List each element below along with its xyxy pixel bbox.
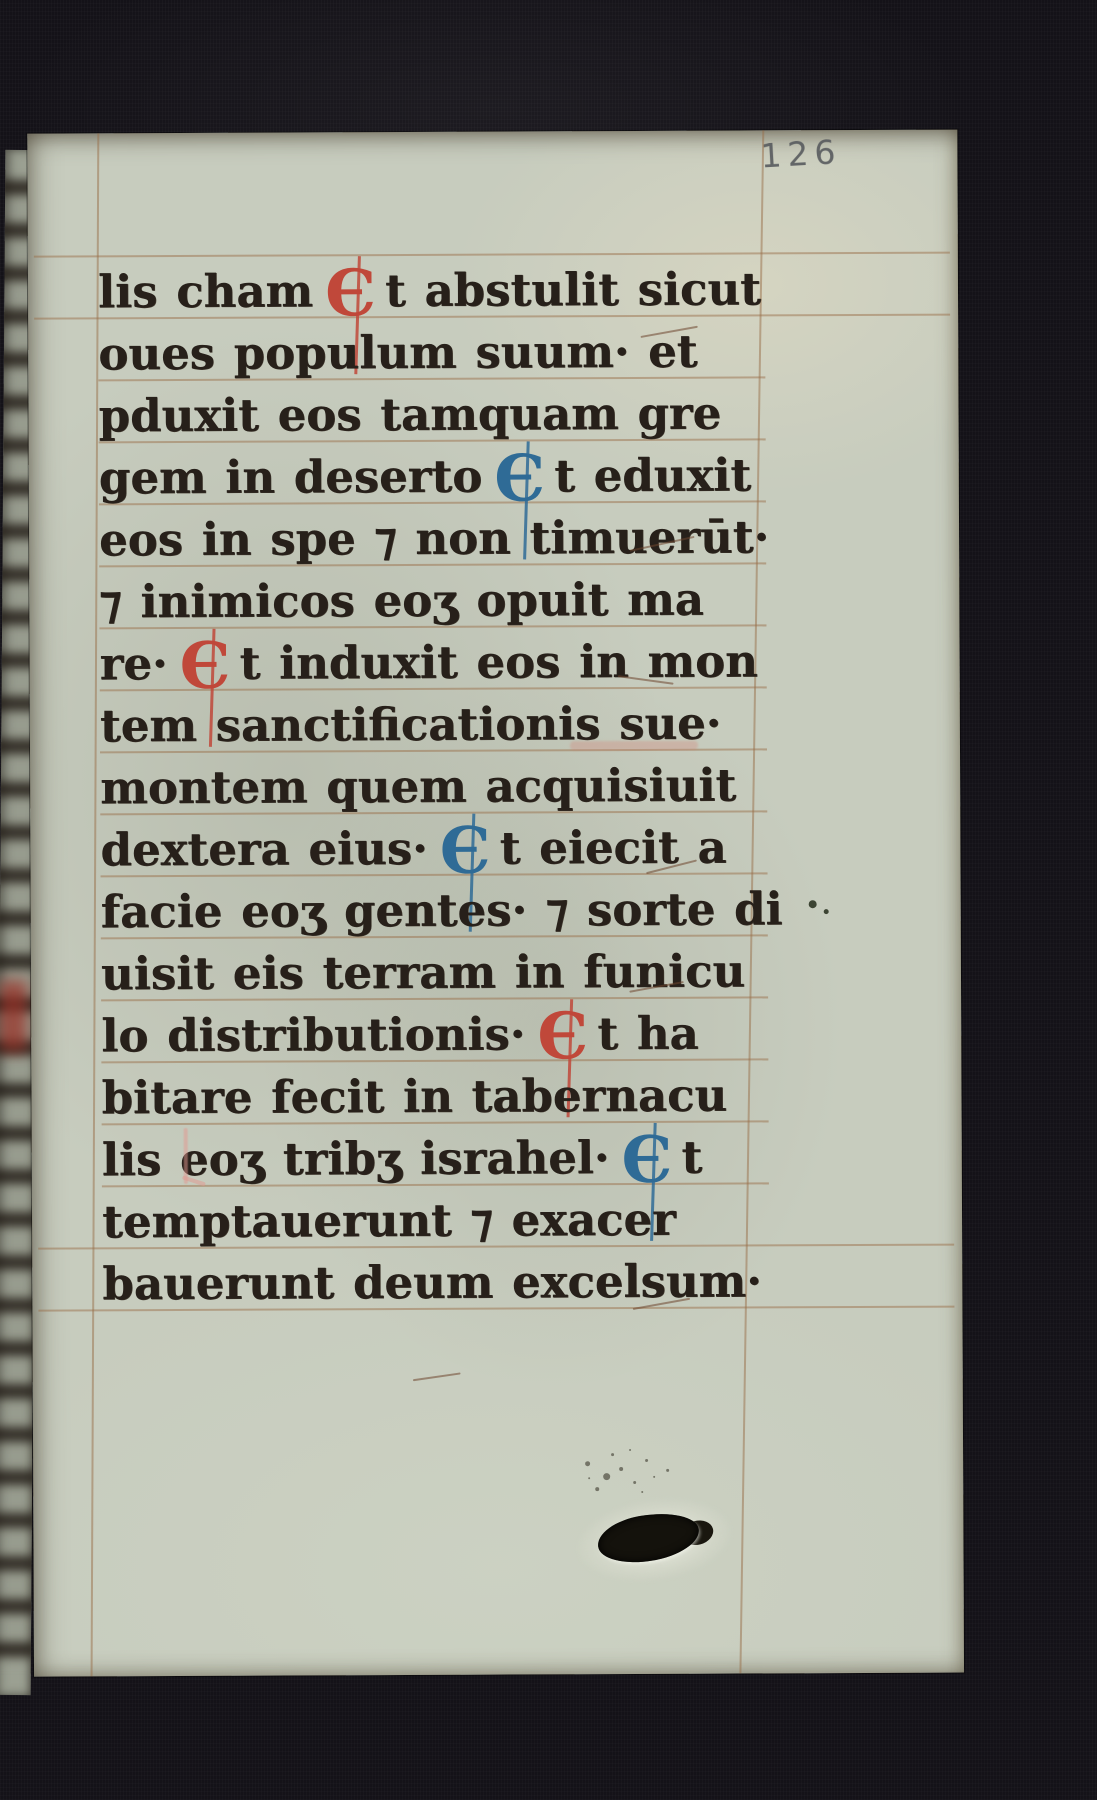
- photo-backdrop: { "page": { "folio_number": "126", "init…: [0, 0, 1097, 1800]
- text-segment: t induxit eos in mon: [239, 634, 758, 689]
- speckle: [645, 1459, 648, 1462]
- text-line: eos in spe ⁊ non timuerūt·: [99, 514, 769, 562]
- text-segment: lo distributionis·: [101, 1007, 525, 1062]
- text-line: lis chamЄt abstulit sicut: [98, 266, 761, 314]
- text-segment: t: [681, 1131, 702, 1184]
- text-segment: dextera eius·: [100, 822, 428, 876]
- text-segment: gem in deserto: [99, 450, 483, 505]
- text-line: bitare fecit in tabernacu: [101, 1073, 727, 1121]
- speckle: [595, 1487, 599, 1491]
- speckle: [603, 1473, 610, 1480]
- pen-flourish: [413, 1372, 461, 1381]
- dirt-speck: [809, 900, 817, 908]
- text-line: ⁊ inimicos eoʒ opuit ma: [99, 577, 704, 625]
- speckle: [619, 1467, 623, 1471]
- text-segment: bitare fecit in tabernacu: [101, 1069, 727, 1125]
- speckle: [666, 1469, 669, 1472]
- text-segment: ⁊ inimicos eoʒ opuit ma: [99, 573, 704, 629]
- text-line: re·Єt induxit eos in mon: [100, 638, 758, 686]
- folio-number: 126: [759, 132, 842, 176]
- text-line: lis eoʒ tribʒ israhel·Єt: [102, 1135, 703, 1183]
- speckle: [653, 1476, 655, 1478]
- text-line: dextera eius·Єt eiecit a: [100, 825, 726, 873]
- text-segment: montem quem acquisiuit: [100, 759, 736, 815]
- text-line: lo distributionis·Єt ha: [101, 1011, 699, 1059]
- speckle: [588, 1477, 590, 1479]
- text-line: oues populum suum· et: [98, 329, 697, 377]
- speckle: [633, 1481, 636, 1484]
- offset-red-mark: [570, 741, 698, 751]
- text-line: bauerunt deum excelsum·: [102, 1258, 762, 1306]
- text-segment: t eiecit a: [500, 821, 727, 875]
- dirt-speck: [824, 909, 829, 914]
- text-segment: t abstulit sicut: [385, 262, 761, 317]
- speckle: [585, 1461, 590, 1466]
- text-segment: lis eoʒ tribʒ israhel·: [102, 1131, 610, 1186]
- text-line: temptauerunt ⁊ exacer: [102, 1197, 676, 1245]
- text-segment: t ha: [597, 1007, 699, 1060]
- text-segment: oues populum suum· et: [98, 325, 697, 381]
- text-segment: uisit eis terram in funicu: [101, 945, 745, 1001]
- speckle: [641, 1491, 643, 1493]
- facing-page-red-rubric-blur: [0, 980, 28, 1052]
- text-segment: temptauerunt ⁊ exacer: [102, 1193, 676, 1249]
- speckle: [629, 1449, 631, 1451]
- text-line: montem quem acquisiuit: [100, 763, 736, 811]
- text-line: gem in desertoЄt eduxit: [99, 452, 752, 500]
- speckle: [611, 1453, 614, 1456]
- manuscript-page: 126 lis chamЄt abstulit sicutoues populu…: [27, 130, 964, 1677]
- text-segment: lis cham: [98, 264, 313, 318]
- text-segment: t eduxit: [554, 448, 751, 502]
- text-line: facie eoʒ gentes· ⁊ sorte di: [101, 886, 783, 934]
- text-segment: re·: [100, 637, 168, 690]
- text-segment: facie eoʒ gentes· ⁊ sorte di: [101, 882, 783, 938]
- text-line: pduxit eos tamquam gre: [98, 391, 721, 439]
- text-segment: eos in spe ⁊ non timuerūt·: [99, 510, 769, 566]
- ruled-line: [34, 252, 950, 258]
- text-segment: pduxit eos tamquam gre: [98, 387, 721, 443]
